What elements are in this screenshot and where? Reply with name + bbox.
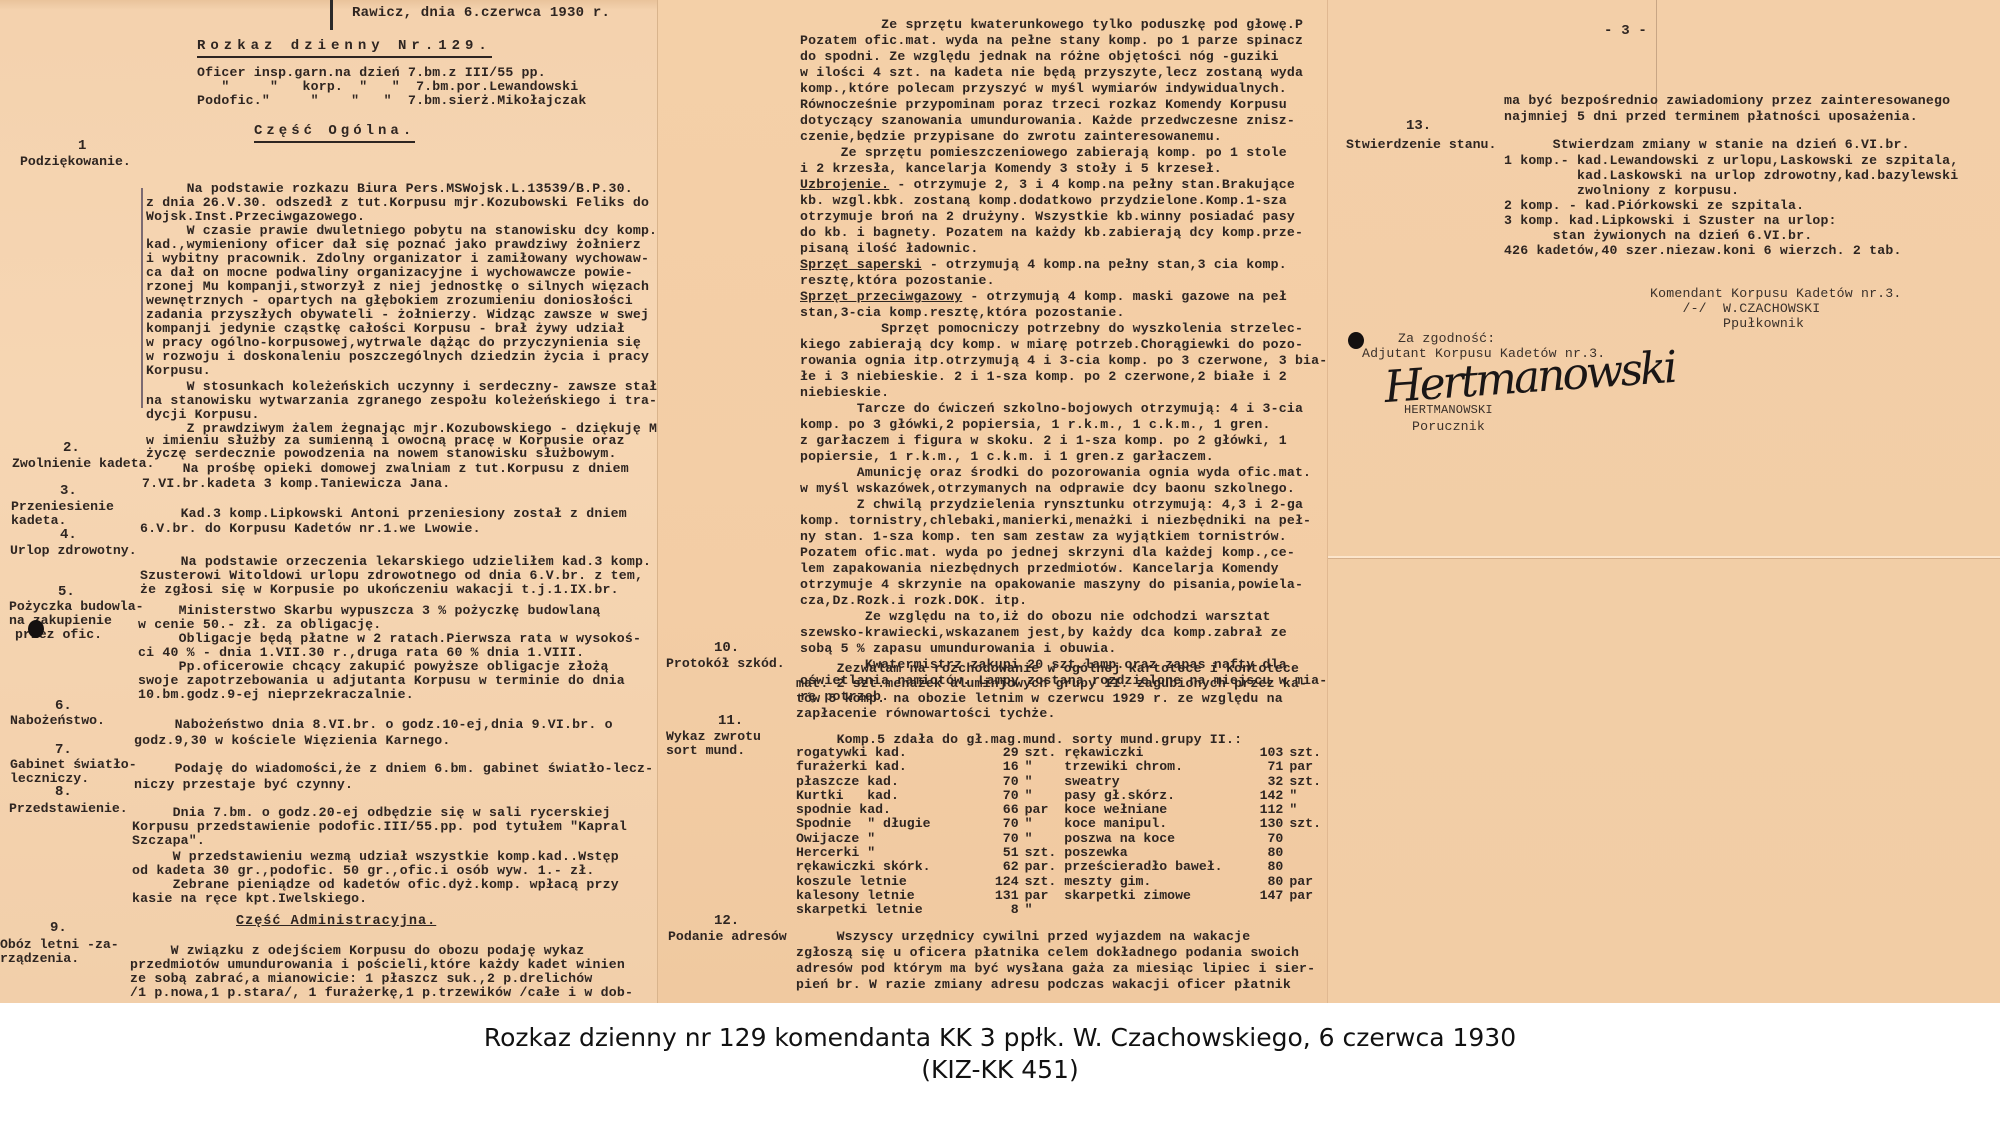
continuation-line: ma być bezpośrednio zawiadomiony przez z… (1504, 92, 1950, 109)
item-3-label: kadeta. (11, 512, 66, 529)
item-2-line: 7.VI.br.kadeta 3 komp.Taniewicza Jana. (142, 475, 450, 492)
item-6-line: Nabożeństwo dnia 8.VI.br. o godz.10-ej,d… (134, 716, 613, 733)
caption-line-2: (KIZ-KK 451) (0, 1054, 2000, 1086)
item-3-number: 3. (60, 483, 77, 499)
item-2-label: Zwolnienie kadeta. (12, 455, 154, 472)
table-row: spodnie kad. 66 par koce wełniane 112 " (796, 803, 1327, 817)
item-9-label: rządzenia. (0, 950, 79, 967)
continuation-line: najmniej 5 dni przed terminem płatności … (1504, 108, 1918, 125)
item-8-label: Przedstawienie. (9, 800, 128, 817)
przeciwgazowy-heading: Sprzęt przeciwgazowy (800, 289, 962, 304)
uniform-return-table: rogatywki kad. 29 szt. rękawiczki 103 sz… (796, 746, 1327, 918)
section-admin-heading: Część Administracyjna. (236, 913, 436, 930)
item-2-number: 2. (63, 440, 80, 456)
item-8-number: 8. (55, 784, 72, 800)
document-scan: Rawicz, dnia 6.czerwca 1930 r. Rozkaz dz… (0, 0, 2000, 1003)
item-7-label: leczniczy. (10, 770, 89, 787)
item-12-number: 12. (714, 913, 739, 929)
item-8-line: kasie na ręce kpt.Iwelskiego. (132, 890, 367, 907)
item-13-number: 13. (1406, 118, 1431, 134)
table-row: rękawiczki skórk. 62 par. prześcieradło … (796, 860, 1327, 874)
item-10-line: zapłacenie równowartości tychże. (796, 705, 1056, 722)
item-7-line: niczy przestaje być czynny. (134, 776, 353, 793)
page-2: Ze sprzętu kwaterunkowego tylko poduszkę… (658, 0, 1328, 1003)
tear-mark (330, 0, 333, 30)
table-row: skarpetki letnie 8 " (796, 903, 1327, 917)
saperski-heading: Sprzęt saperski (800, 257, 922, 272)
table-row: płaszcze kad. 70 " sweatry 32 szt. (796, 775, 1327, 789)
item-11-label: sort mund. (666, 742, 745, 759)
item-8-line: Korpusu przedstawienie podofic.III/55.pp… (132, 818, 627, 835)
section-general-heading: Część Ogólna. (254, 123, 415, 143)
item-6-label: Nabożeństwo. (10, 712, 105, 729)
page-3: - 3 - ma być bezpośrednio zawiadomiony p… (1328, 0, 2000, 1003)
adjutant-name: HERTMANOWSKI (1404, 402, 1493, 419)
item-4-line: że zgłosi się w Korpusie po ukończeniu w… (140, 581, 619, 598)
table-row: Spodnie " długie 70 " koce manipul. 130 … (796, 817, 1327, 831)
ink-blot (28, 620, 44, 638)
table-row: Owijacze " 70 " poszwa na koce 70 (796, 832, 1327, 846)
item-3-line: 6.V.br. do Korpusu Kadetów nr.1.we Lwowi… (140, 520, 481, 537)
table-row: kalesony letnie 131 par skarpetki zimowe… (796, 889, 1327, 903)
table-row: Kurtki kad. 70 " pasy gł.skórz. 142 " (796, 789, 1327, 803)
item-11-number: 11. (718, 713, 743, 729)
item-12-label: Podanie adresów (668, 928, 787, 945)
item-12-line: pień br. W razie zmiany adresu podczas w… (796, 976, 1291, 993)
duty-line-3: Podofic." " " " 7.bm.sierż.Mikołajczak (197, 92, 586, 109)
item-6-line: godz.9,30 w kościele Więzienia Karnego. (134, 732, 450, 749)
place-date: Rawicz, dnia 6.czerwca 1930 r. (352, 5, 610, 22)
adjutant-rank: Porucznik (1412, 418, 1485, 435)
item-1-number: 1 (78, 138, 86, 154)
item-10-label: Protokół szkód. (666, 655, 785, 672)
item-9-line: /1 p.nowa,1 p.stara/, 1 furażerkę,1 p.tr… (130, 984, 633, 1001)
fold-crease (1328, 556, 2000, 558)
order-title: Rozkaz dzienny Nr.129. (197, 38, 492, 58)
item-7-line: Podaję do wiadomości,że z dniem 6.bm. ga… (134, 760, 653, 777)
table-row: Hercerki " 51 szt. poszewka 80 (796, 846, 1327, 860)
item-5-line: 10.bm.godz.9-ej nieprzekraczalnie. (138, 686, 414, 703)
uzbrojenie-heading: Uzbrojenie. (800, 177, 889, 192)
item-12-line: Wszyscy urzędnicy cywilni przed wyjazdem… (796, 928, 1250, 945)
page-1: Rawicz, dnia 6.czerwca 1930 r. Rozkaz dz… (0, 0, 658, 1003)
item-8-line: Szczapa". (132, 832, 205, 849)
item-4-label: Urlop zdrowotny. (10, 542, 137, 559)
item-9-number: 9. (50, 920, 67, 936)
item-1-label: Podziękowanie. (20, 153, 131, 170)
page-number: - 3 - (1604, 23, 1647, 40)
item-12-line: zgłoszą się u oficera płatnika celem dok… (796, 944, 1299, 961)
item-12-line: adresów pod którym ma być wysłana gaża z… (796, 960, 1315, 977)
table-row: furażerki kad. 16 " trzewiki chrom. 71 p… (796, 760, 1327, 774)
table-row: rogatywki kad. 29 szt. rękawiczki 103 sz… (796, 746, 1327, 760)
table-row: koszule letnie 124 szt. meszty gim. 80 p… (796, 875, 1327, 889)
item-13-label: Stwierdzenie stanu. (1346, 136, 1496, 153)
margin-line (141, 188, 143, 408)
item-10-number: 10. (714, 640, 739, 656)
item-4-number: 4. (60, 527, 77, 543)
figure-caption: Rozkaz dzienny nr 129 komendanta KK 3 pp… (0, 1022, 2000, 1086)
caption-line-1: Rozkaz dzienny nr 129 komendanta KK 3 pp… (0, 1022, 2000, 1054)
